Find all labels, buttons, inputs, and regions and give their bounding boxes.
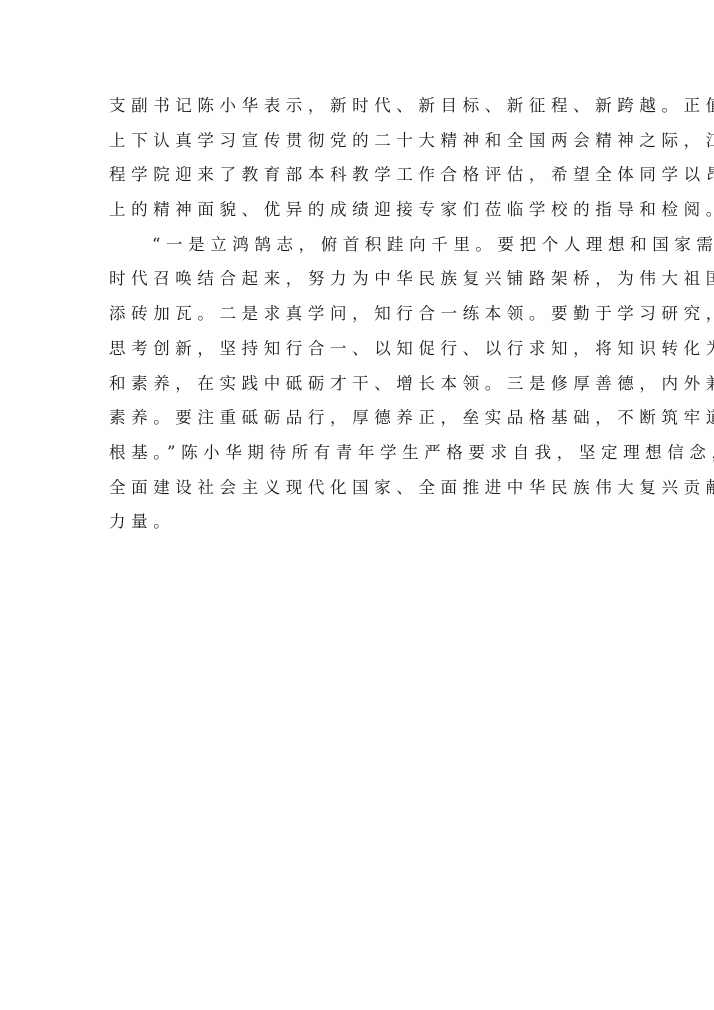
paragraph-2: “一是立鸿鹄志，俯首积跬向千里。要把个人理想和国家需要、 时代召唤结合起来，努力… [109,228,605,540]
paragraph-1: 支副书记陈小华表示，新时代、新目标、新征程、新跨越。正值全国 上下认真学习宣传贯… [109,89,605,228]
text-line: 程学院迎来了教育部本科教学工作合格评估，希望全体同学以昂扬向 [109,158,605,193]
text-line: 添砖加瓦。二是求真学问，知行合一练本领。要勤于学习研究，善于 [109,297,605,332]
text-line: 上的精神面貌、优异的成绩迎接专家们莅临学校的指导和检阅。 [109,193,605,228]
text-line: 上下认真学习宣传贯彻党的二十大精神和全国两会精神之际，江西工 [109,124,605,159]
text-line: 时代召唤结合起来，努力为中华民族复兴铺路架桥，为伟大祖国建设 [109,262,605,297]
text-line: 根基。”陈小华期待所有青年学生严格要求自我，坚定理想信念，为 [109,436,605,471]
text-line: 力量。 [109,505,605,540]
text-line: 支副书记陈小华表示，新时代、新目标、新征程、新跨越。正值全国 [109,89,605,124]
text-line: 思考创新，坚持知行合一、以知促行、以行求知，将知识转化为能力 [109,332,605,367]
text-line: 和素养，在实践中砥砺才干、增长本领。三是修厚善德，内外兼修育 [109,367,605,402]
document-body: 支副书记陈小华表示，新时代、新目标、新征程、新跨越。正值全国 上下认真学习宣传贯… [109,89,605,540]
document-page: 支副书记陈小华表示，新时代、新目标、新征程、新跨越。正值全国 上下认真学习宣传贯… [0,0,714,1010]
text-line: 全面建设社会主义现代化国家、全面推进中华民族伟大复兴贡献青春 [109,471,605,506]
text-line: “一是立鸿鹄志，俯首积跬向千里。要把个人理想和国家需要、 [109,228,605,263]
text-line: 素养。要注重砥砺品行，厚德养正，垒实品格基础，不断筑牢道德的 [109,401,605,436]
